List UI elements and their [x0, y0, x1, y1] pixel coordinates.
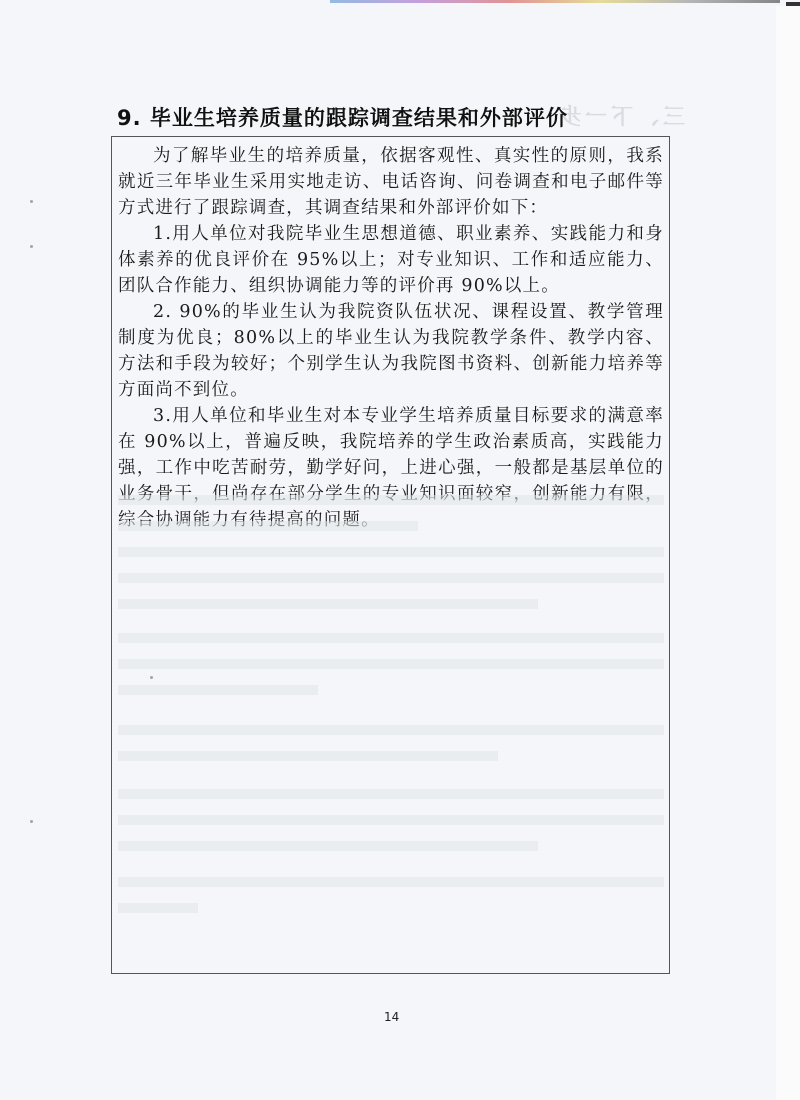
- bleed-through-line: [118, 685, 318, 695]
- page-number: 14: [384, 1010, 399, 1024]
- intro-paragraph: 为了解毕业生的培养质量，依据客观性、真实性的原则，我系就近三年毕业生采用实地走访…: [118, 143, 664, 221]
- content-box: 为了解毕业生的培养质量，依据客观性、真实性的原则，我系就近三年毕业生采用实地走访…: [111, 136, 670, 974]
- section-title: 9. 毕业生培养质量的跟踪调查结果和外部评价: [117, 102, 568, 132]
- bleed-through-line: [118, 599, 538, 609]
- dust-speck: [30, 200, 33, 203]
- bleed-through-line: [118, 877, 664, 887]
- bleed-through-line: [118, 573, 664, 583]
- scan-right-shade: [776, 6, 800, 1100]
- bleed-through-line: [118, 633, 664, 643]
- bleed-through-title: 三、下一步: [555, 100, 685, 131]
- bleed-through-line: [118, 751, 498, 761]
- bleed-through-line: [118, 789, 664, 799]
- dust-speck: [30, 245, 33, 248]
- finding-2-paragraph: 2. 90%的毕业生认为我院资队伍状况、课程设置、教学管理制度为优良；80%以上…: [118, 299, 664, 403]
- body-text: 为了解毕业生的培养质量，依据客观性、真实性的原则，我系就近三年毕业生采用实地走访…: [118, 143, 664, 533]
- bleed-through-line: [118, 815, 664, 825]
- scan-edge-artifact: [330, 0, 780, 3]
- bleed-through-line: [118, 521, 418, 531]
- bleed-through-line: [118, 659, 664, 669]
- dust-speck: [30, 820, 33, 823]
- bleed-through-line: [118, 841, 538, 851]
- bleed-through-line: [118, 547, 664, 557]
- finding-3-paragraph: 3.用人单位和毕业生对本专业学生培养质量目标要求的满意率在 90%以上，普遍反映…: [118, 403, 664, 533]
- bleed-through-line: [118, 903, 198, 913]
- bleed-through-line: [118, 725, 664, 735]
- bleed-through-line: [118, 495, 664, 505]
- finding-1-paragraph: 1.用人单位对我院毕业生思想道德、职业素养、实践能力和身体素养的优良评价在 95…: [118, 221, 664, 299]
